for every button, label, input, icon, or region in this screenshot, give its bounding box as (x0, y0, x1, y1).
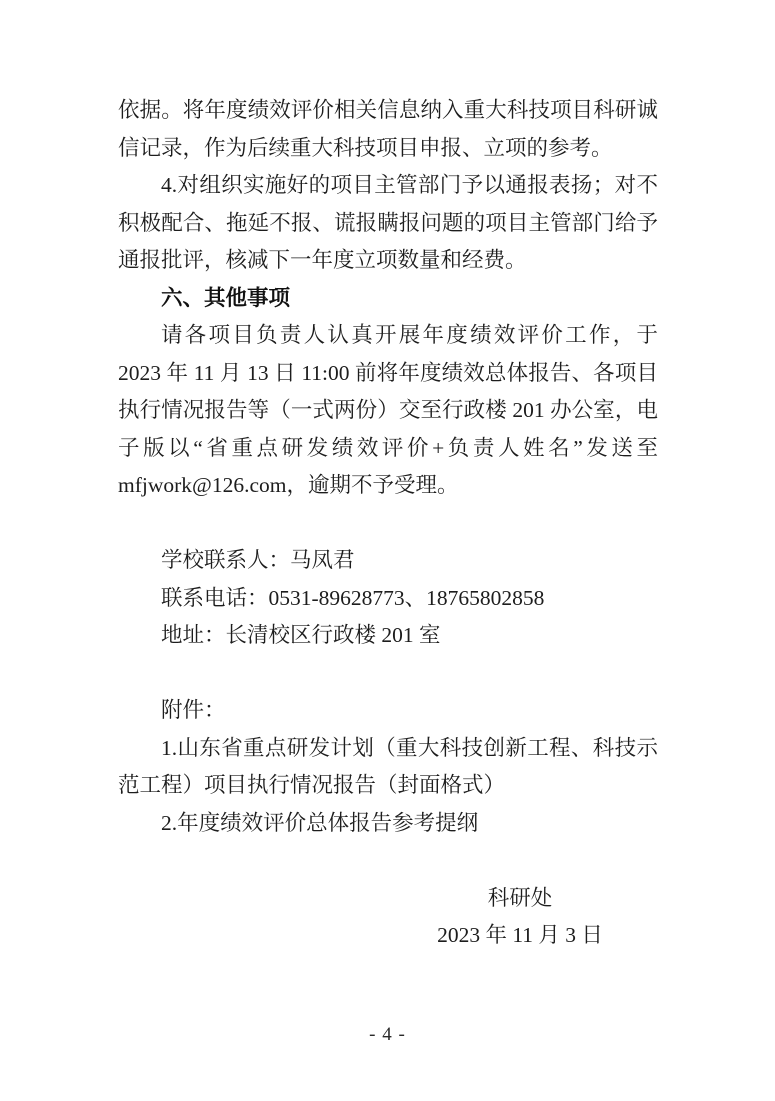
paragraph-item4: 4.对组织实施好的项目主管部门予以通报表扬；对不积极配合、拖延不报、谎报瞒报问题… (118, 167, 658, 280)
paragraph-notice: 请各项目负责人认真开展年度绩效评价工作，于 2023 年 11 月 13 日 1… (118, 317, 658, 505)
contact-person: 学校联系人：马凤君 (118, 542, 658, 580)
page-number: - 4 - (0, 1024, 775, 1046)
paragraph-continuation: 依据。将年度绩效评价相关信息纳入重大科技项目科研诚信记录，作为后续重大科技项目申… (118, 92, 658, 167)
contact-phone: 联系电话：0531-89628773、18765802858 (118, 580, 658, 618)
section-heading-other-matters: 六、其他事项 (118, 280, 658, 318)
document-body: 依据。将年度绩效评价相关信息纳入重大科技项目科研诚信记录，作为后续重大科技项目申… (118, 92, 658, 955)
signature-date: 2023 年 11 月 3 日 (250, 917, 775, 955)
contact-block: 学校联系人：马凤君 联系电话：0531-89628773、18765802858… (118, 542, 658, 655)
signature-block: 科研处 2023 年 11 月 3 日 (250, 880, 775, 955)
attachments-block: 附件： 1.山东省重点研发计划（重大科技创新工程、科技示范工程）项目执行情况报告… (118, 692, 658, 842)
attachment-item: 2.年度绩效评价总体报告参考提纲 (118, 805, 658, 843)
attachment-item: 1.山东省重点研发计划（重大科技创新工程、科技示范工程）项目执行情况报告（封面格… (118, 730, 658, 805)
contact-address: 地址：长清校区行政楼 201 室 (118, 617, 658, 655)
signature-department: 科研处 (250, 880, 775, 918)
attachments-label: 附件： (118, 692, 658, 730)
document-page: 依据。将年度绩效评价相关信息纳入重大科技项目科研诚信记录，作为后续重大科技项目申… (0, 0, 775, 1101)
